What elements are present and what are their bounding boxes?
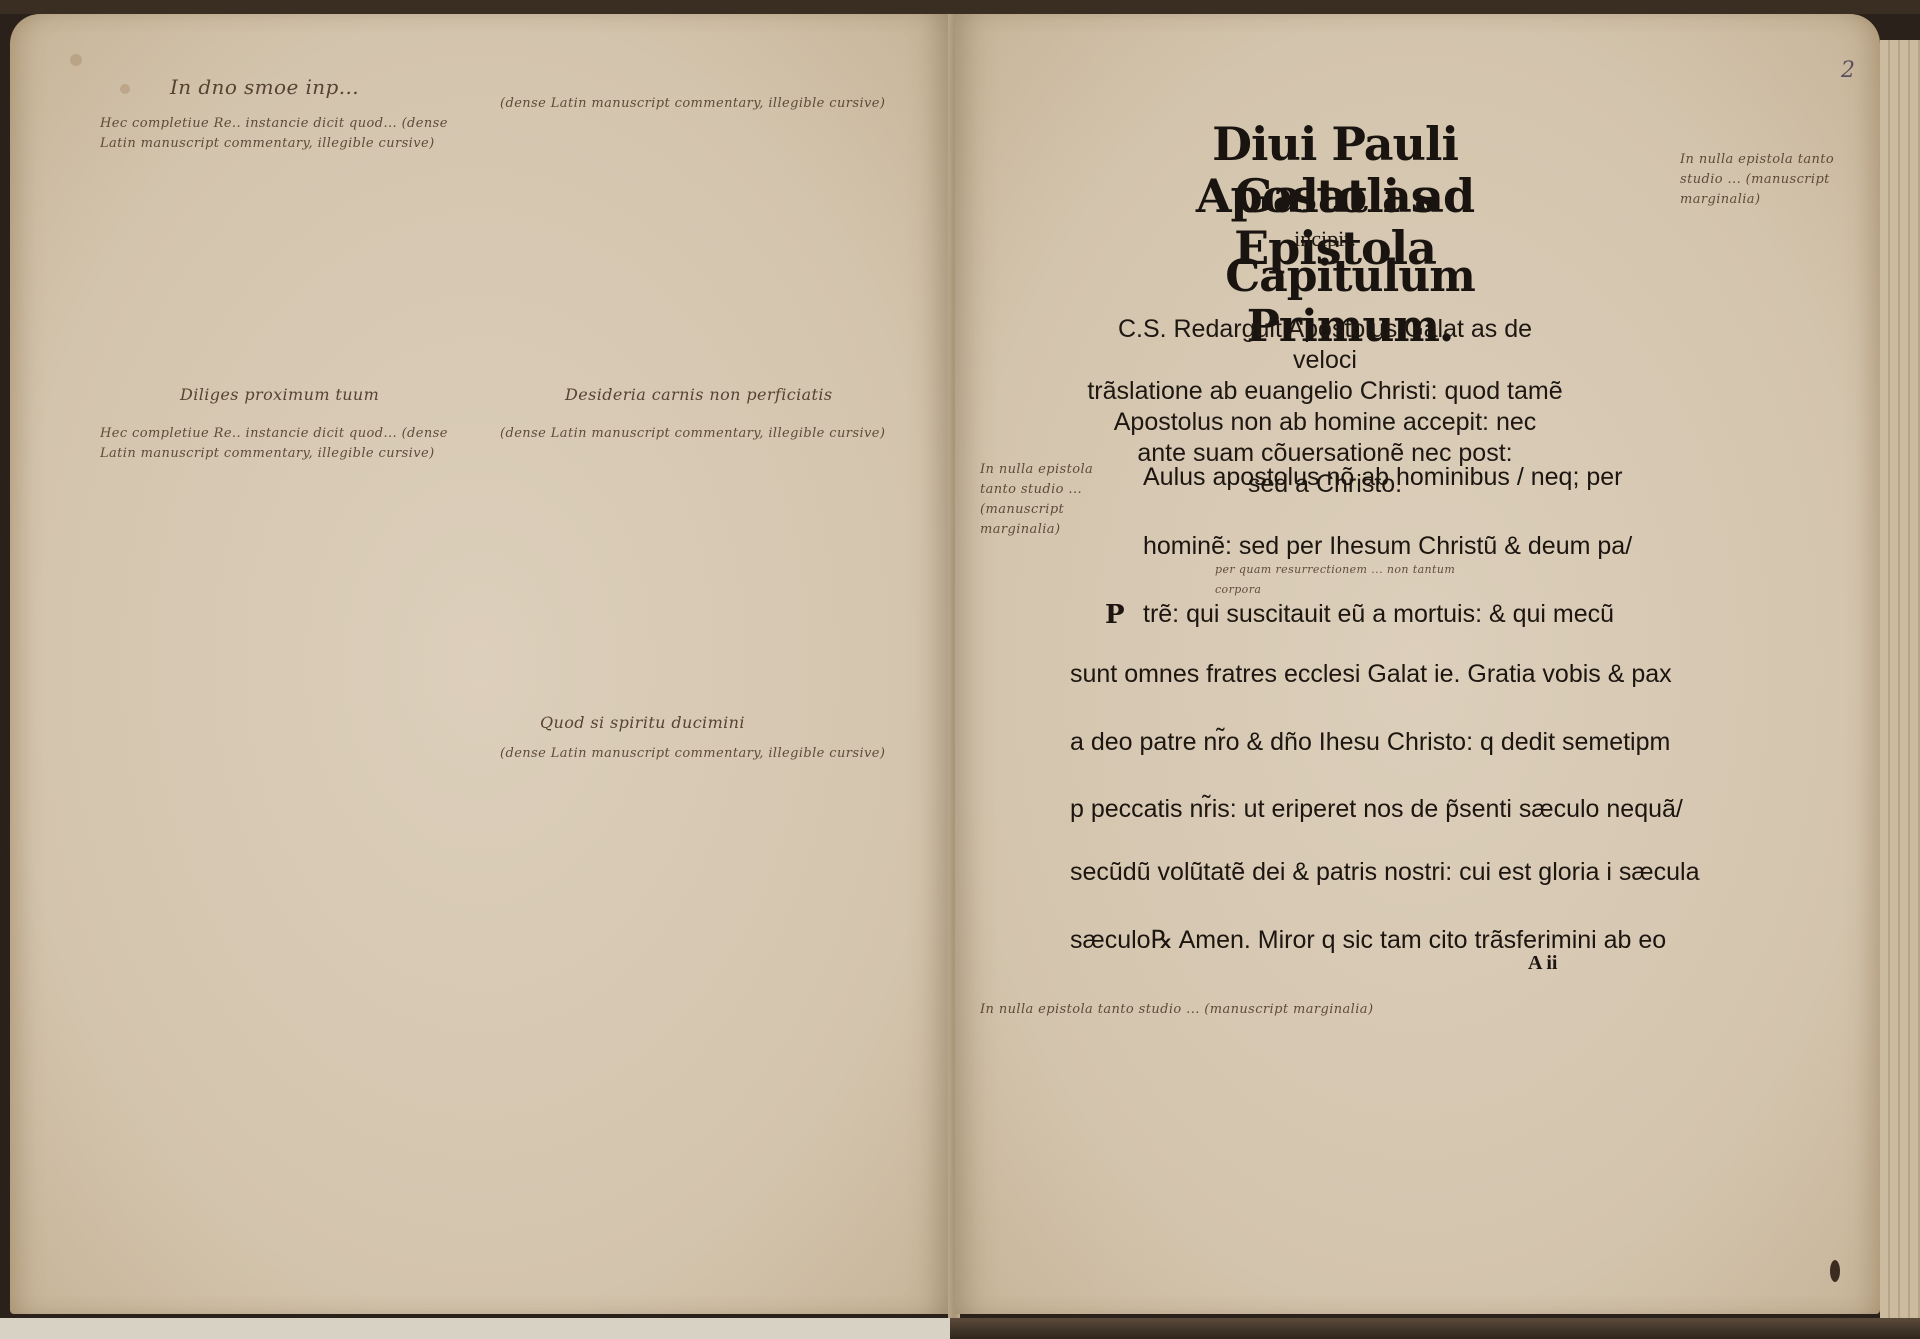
summary-line: C.S. Redarguit Apostolus Galat as de vel… xyxy=(1085,314,1565,376)
left-column-2-text-middle: (dense Latin manuscript commentary, ille… xyxy=(500,424,900,704)
book-bottom-edge xyxy=(0,1318,1920,1339)
subheading-quod-si: Quod si spiritu ducimini xyxy=(540,710,745,736)
stain xyxy=(70,54,82,66)
left-column-1-text-bottom: Hec completiue Re.. instancie dicit quod… xyxy=(100,424,480,1124)
page-edges xyxy=(1880,40,1920,1320)
left-page: In dno smoe inp... Hec completiue Re.. i… xyxy=(10,14,950,1314)
summary-line: trãslatione ab euangelio Christi: quod t… xyxy=(1085,376,1565,407)
book-spread: In dno smoe inp... Hec completiue Re.. i… xyxy=(0,0,1920,1339)
left-column-2-text-top: (dense Latin manuscript commentary, ille… xyxy=(500,94,900,374)
summary-line: Apostolus non ab homine accepit: nec xyxy=(1085,407,1565,438)
body-line: sæculo℞ Amen. Miror q sic tam cito trãsf… xyxy=(1070,925,1666,955)
body-line: hominẽ: sed per Ihesum Christũ & deum pa… xyxy=(1143,532,1632,561)
title-incipit: incipit. xyxy=(1265,226,1385,252)
body-line: Aulus apostolus nõ ab hominibus / neq; p… xyxy=(1143,463,1622,492)
interlinear-note: per quam resurrectionem ... non tantum c… xyxy=(1215,560,1465,600)
left-bottom-edge xyxy=(0,1318,950,1339)
ink-blot xyxy=(1830,1260,1840,1282)
book-cover-top-edge xyxy=(0,0,1920,14)
subheading-desideria: Desideria carnis non perficiatis xyxy=(565,382,833,408)
body-line: secũdũ volũtatẽ dei & patris nostri: cui… xyxy=(1070,858,1699,887)
signature-mark: A ii xyxy=(1528,952,1557,975)
body-line: p peccatis nr̃is: ut eriperet nos de p̃s… xyxy=(1070,795,1683,824)
right-margin-note: In nulla epistola tanto studio ... (manu… xyxy=(1680,150,1860,360)
left-column-1-text-top: Hec completiue Re.. instancie dicit quod… xyxy=(100,114,480,374)
left-page-heading: In dno smoe inp... xyxy=(170,74,359,100)
body-line: a deo patre nr̃o & dño Ihesu Christo: q … xyxy=(1070,728,1670,757)
body-line: trẽ: qui suscitauit eũ a mortuis: & qui … xyxy=(1143,600,1614,629)
folio-number: 2 xyxy=(1841,58,1855,83)
subheading-diliges: Diliges proximum tuum xyxy=(180,382,379,408)
body-line: sunt omnes fratres ecclesi Galat ie. Gra… xyxy=(1070,660,1672,689)
bottom-margin-note: In nulla epistola tanto studio ... (manu… xyxy=(980,1000,1780,1080)
left-column-2-text-bottom: (dense Latin manuscript commentary, ille… xyxy=(500,744,900,1074)
stain xyxy=(120,84,130,94)
left-margin-note: In nulla epistola tanto studio ... (manu… xyxy=(980,460,1130,610)
